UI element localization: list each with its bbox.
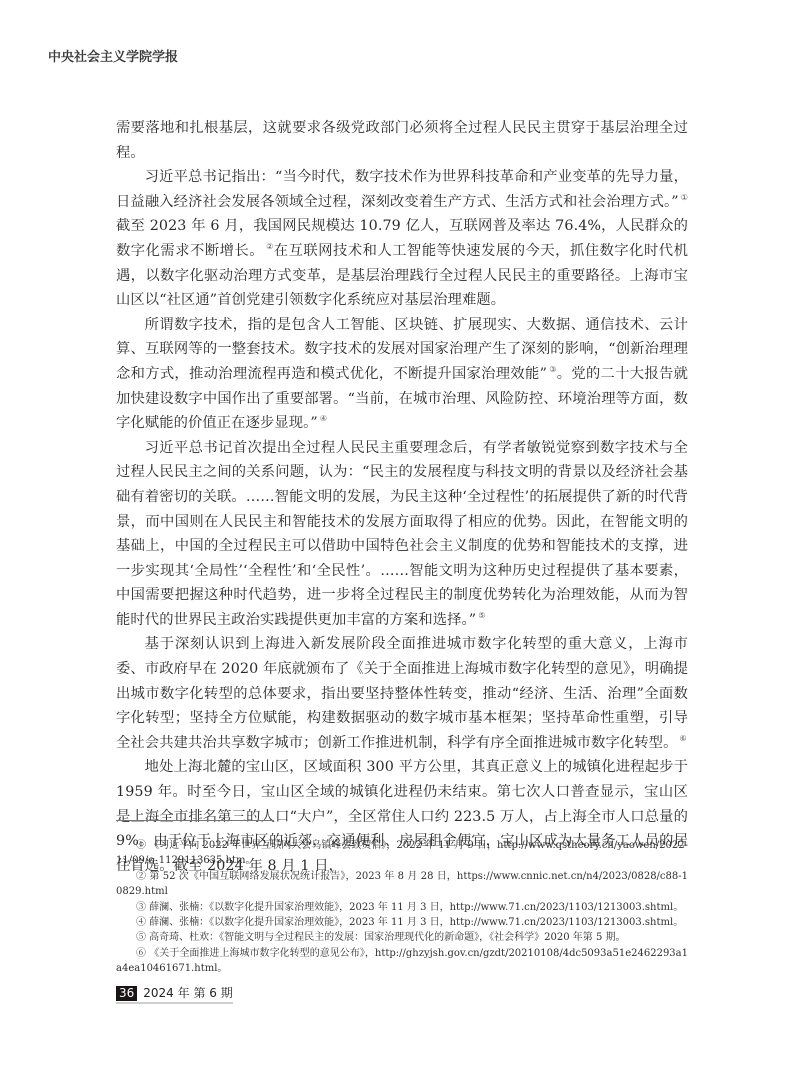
footnote-1: ① 《习近平向 2022 年世界互联网大会乌镇峰会致贺信》，2022 年 11 …	[116, 838, 688, 869]
paragraph-text: 习近平总书记指出：“当今时代，数字技术作为世界科技革命和产业变革的先导力量，日益…	[116, 169, 688, 210]
paragraph-3: 所谓数字技术，指的是包含人工智能、区块链、扩展现实、大数据、通信技术、云计算、互…	[116, 313, 688, 436]
footnote-ref-2[interactable]: ②	[266, 242, 274, 251]
footnote-2: ② 第 52 次《中国互联网络发展状况统计报告》，2023 年 8 月 28 日…	[116, 869, 688, 900]
issue-label: 2024 年 第 6 期	[143, 986, 232, 1001]
footnote-ref-5[interactable]: ⑤	[478, 611, 485, 620]
body-text: 需要落地和扎根基层，这就要求各级党政部门必须将全过程人民民主贯穿于基层治理全过程…	[116, 116, 688, 878]
footnote-4: ④ 薛澜、张楠：《以数字化提升国家治理效能》，2023 年 11 月 3 日，h…	[116, 915, 688, 930]
footnote-3: ③ 薛澜、张楠：《以数字化提升国家治理效能》，2023 年 11 月 3 日，h…	[116, 900, 688, 915]
paragraph-2: 习近平总书记指出：“当今时代，数字技术作为世界科技革命和产业变革的先导力量，日益…	[116, 165, 688, 313]
footnote-ref-3[interactable]: ③	[549, 365, 557, 374]
footnote-6: ⑥ 《关于全面推进上海城市数字化转型的意见公布》，http://ghzyjsh.…	[116, 946, 688, 977]
paragraph-text: 基于深刻认识到上海进入新发展阶段全面推进城市数字化转型的重大意义，上海市委、市政…	[116, 636, 688, 750]
footnote-ref-1[interactable]: ①	[681, 193, 688, 202]
paragraph-4: 习近平总书记首次提出全过程人民民主重要理念后，有学者敏锐觉察到数字技术与全过程人…	[116, 436, 688, 633]
footnote-separator	[116, 820, 274, 821]
footnote-ref-4[interactable]: ④	[320, 414, 327, 423]
footnote-ref-6[interactable]: ⑥	[679, 734, 686, 743]
footnote-5: ⑤ 高奇琦、杜欢：《智能文明与全过程民主的发展：国家治理现代化的新命题》，《社会…	[116, 930, 688, 945]
page-footer: 36 2024 年 第 6 期	[116, 986, 233, 1004]
running-head-journal-title: 中央社会主义学院学报	[48, 46, 178, 65]
paragraph-text: 习近平总书记首次提出全过程人民民主重要理念后，有学者敏锐觉察到数字技术与全过程人…	[116, 440, 688, 628]
footnotes: ① 《习近平向 2022 年世界互联网大会乌镇峰会致贺信》，2022 年 11 …	[116, 838, 688, 977]
paragraph-1: 需要落地和扎根基层，这就要求各级党政部门必须将全过程人民民主贯穿于基层治理全过程…	[116, 116, 688, 165]
page-number: 36	[116, 986, 137, 1001]
paragraph-5: 基于深刻认识到上海进入新发展阶段全面推进城市数字化转型的重大意义，上海市委、市政…	[116, 632, 688, 755]
paragraph-text: 需要落地和扎根基层，这就要求各级党政部门必须将全过程人民民主贯穿于基层治理全过程…	[116, 120, 688, 161]
